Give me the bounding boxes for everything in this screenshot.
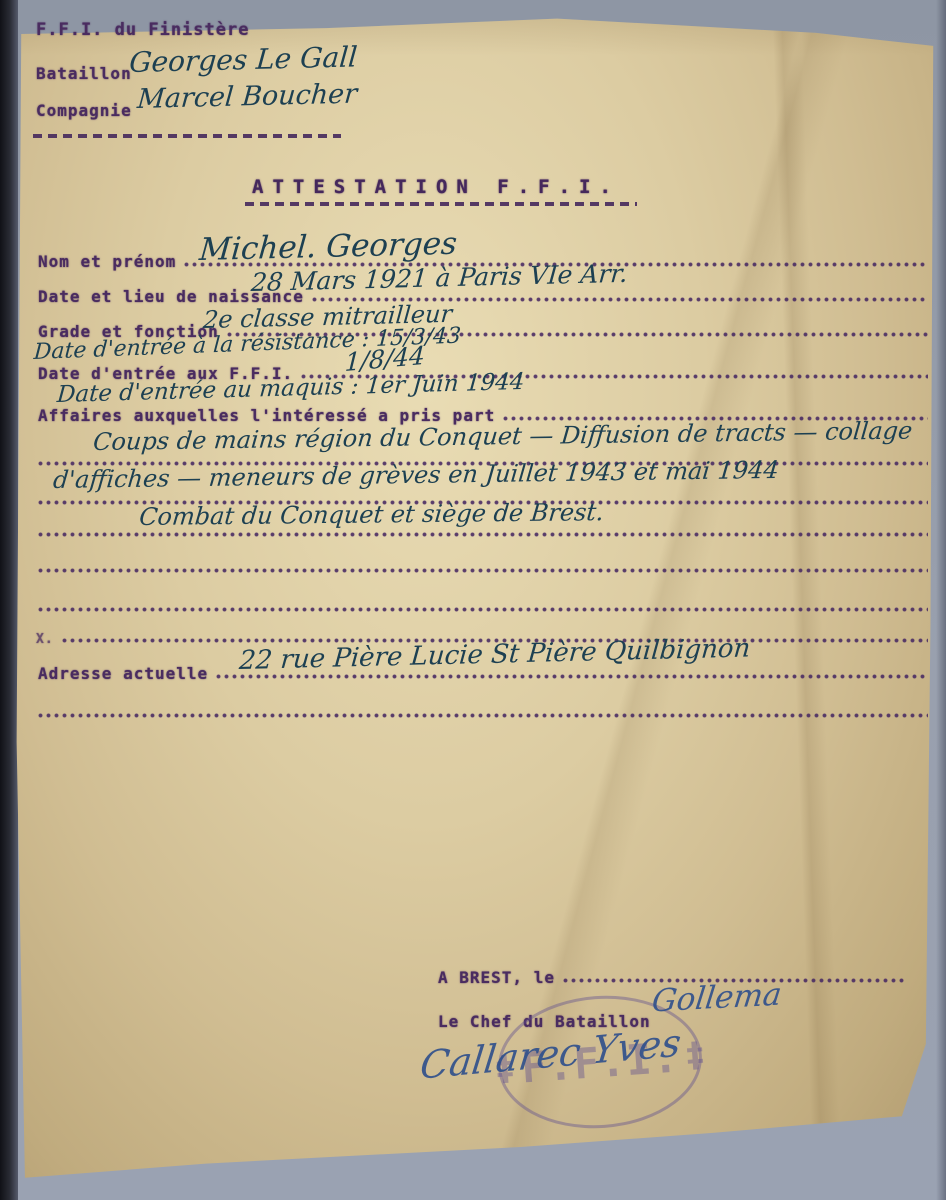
bataillon-label: Bataillon (36, 64, 132, 83)
rule-line (38, 607, 928, 613)
bataillon-value-handwriting: Georges Le Gall (128, 40, 359, 79)
stray-x-mark: X. (36, 632, 54, 647)
header-dash-rule (33, 134, 341, 138)
document-title: ATTESTATION F.F.I. (252, 176, 620, 198)
title-dash-rule (245, 202, 637, 206)
rule-line (38, 713, 928, 719)
place-label: A BREST, le (438, 968, 555, 987)
cross-of-lorraine-icon: ‡ (685, 1035, 705, 1076)
compagnie-label: Compagnie (36, 101, 132, 120)
signature-right: Gollema (650, 976, 784, 1019)
compagnie-value-handwriting: Marcel Boucher (136, 79, 358, 115)
adresse-label: Adresse actuelle (38, 664, 208, 683)
rule-line (38, 568, 928, 574)
rule-line (38, 532, 928, 538)
affaires-label: Affaires auxquelles l'intéressé a pris p… (38, 406, 495, 425)
nom-value-handwriting: Michel. Georges (198, 226, 458, 268)
affaires-line-3-handwriting: Combat du Conquet et siège de Brest. (138, 498, 605, 531)
org-line: F.F.I. du Finistère (36, 20, 249, 40)
adresse-dotted-rule (216, 674, 928, 680)
photo-backdrop: F.F.I. du Finistère Bataillon Georges Le… (0, 0, 946, 1200)
nom-label: Nom et prénom (38, 252, 176, 271)
